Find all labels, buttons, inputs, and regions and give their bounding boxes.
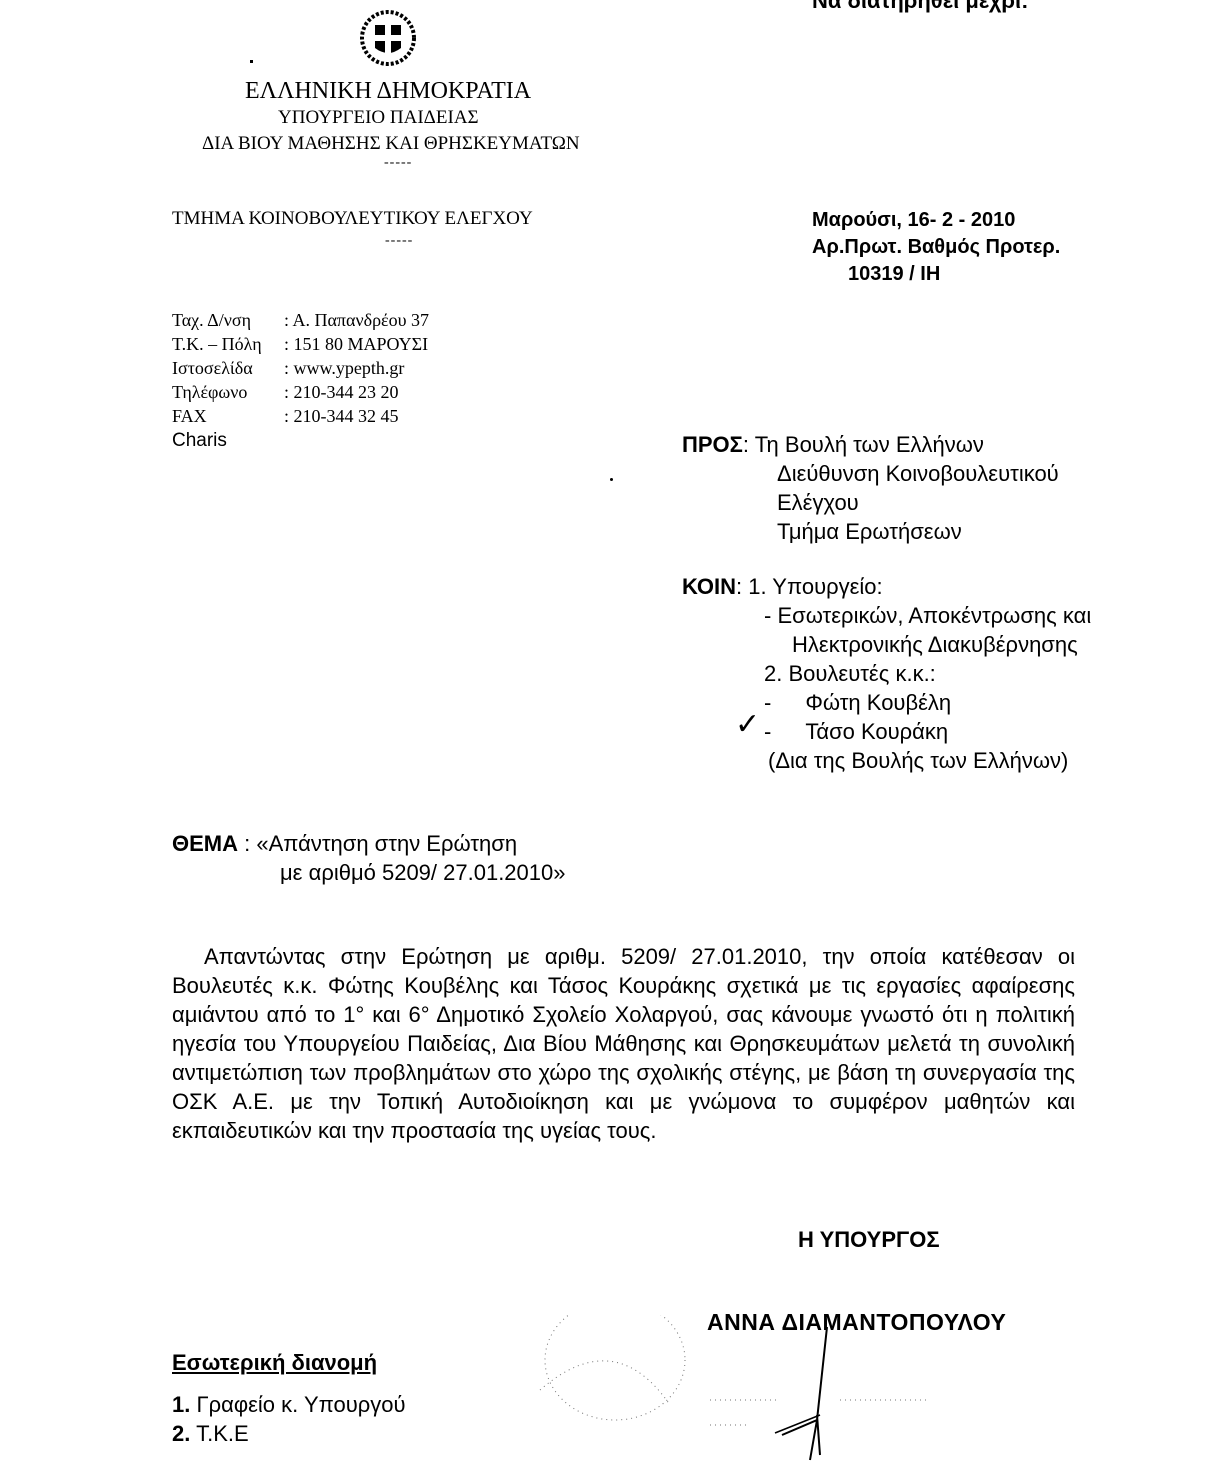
retention-note: Να διατηρηθεί μέχρι: [812, 0, 1028, 14]
greek-coat-of-arms-icon [358, 8, 418, 68]
recipients-label: ΠΡΟΣ [682, 432, 743, 457]
subject-label: ΘΕΜΑ [172, 831, 238, 856]
copies-label: ΚΟΙΝ [682, 574, 736, 599]
contact-label: Ιστοσελίδα [172, 356, 284, 380]
contact-value: : 151 80 ΜΑΡΟΥΣΙ [284, 332, 429, 356]
ministry-name: ΥΠΟΥΡΓΕΙΟ ΠΑΙΔΕΙΑΣ [278, 107, 479, 129]
contact-value: : 210-344 23 20 [284, 380, 429, 404]
recipient-line: : Τη Βουλή των Ελλήνων [743, 432, 984, 457]
copies-subitem: - Εσωτερικών, Αποκέντρωσης και [682, 601, 1091, 630]
contact-row: FAX: 210-344 32 45 [172, 404, 429, 428]
stamp-and-signature-icon [520, 1315, 940, 1462]
recipient-line: Διεύθυνση Κοινοβουλευτικού [682, 459, 1059, 488]
contact-row: Τ.Κ. – Πόλη: 151 80 ΜΑΡΟΥΣΙ [172, 332, 429, 356]
contact-row: Ταχ. Δ/νση: Α. Παπανδρέου 37 [172, 308, 429, 332]
department-name: ΤΜΗΜΑ ΚΟΙΝΟΒΟΥΛΕΥΤΙΚΟΥ ΕΛΕΓΧΟΥ [172, 208, 533, 230]
separator: ----- [384, 155, 412, 171]
copies-item: 2. Βουλευτές κ.κ.: [682, 659, 1091, 688]
distribution-list: 1. Γραφείο κ. Υπουργού 2. Τ.Κ.Ε [172, 1390, 406, 1448]
contact-value: : 210-344 32 45 [284, 404, 429, 428]
country-name: ΕΛΛΗΝΙΚΗ ΔΗΜΟΚΡΑΤΙΑ [245, 78, 531, 105]
signatory-title: Η ΥΠΟΥΡΓΟΣ [798, 1227, 940, 1253]
scan-speck [250, 60, 253, 63]
separator: ----- [385, 233, 413, 249]
subject-block: ΘΕΜΑ : «Απάντηση στην Ερώτηση με αριθμό … [172, 829, 565, 887]
subject-line: : «Απάντηση στην Ερώτηση [238, 831, 517, 856]
copies-note: (Δια της Βουλής των Ελλήνων) [682, 746, 1091, 775]
deputy-name: Φώτη Κουβέλη [771, 690, 951, 715]
contact-value: : www.ypepth.gr [284, 356, 429, 380]
body-paragraph: Απαντώντας στην Ερώτηση με αριθμ. 5209/ … [172, 942, 1075, 1145]
author-name: Charis [172, 430, 227, 452]
reference-block: Μαρούσι, 16- 2 - 2010 Αρ.Πρωτ. Βαθμός Πρ… [812, 207, 1060, 288]
contact-block: Ταχ. Δ/νση: Α. Παπανδρέου 37 Τ.Κ. – Πόλη… [172, 308, 429, 428]
distribution-title: Εσωτερική διανομή [172, 1350, 377, 1376]
recipient-line: Ελέγχου [682, 488, 1059, 517]
contact-label: Ταχ. Δ/νση [172, 308, 284, 332]
scan-speck [610, 478, 613, 481]
copies-block: ΚΟΙΝ: 1. Υπουργείο: - Εσωτερικών, Αποκέν… [682, 572, 1091, 775]
subject-line: με αριθμό 5209/ 27.01.2010» [172, 858, 565, 887]
copies-subitem: Ηλεκτρονικής Διακυβέρνησης [682, 630, 1091, 659]
distribution-item: 2. Τ.Κ.Ε [172, 1419, 406, 1448]
copies-item: : 1. Υπουργείο: [736, 574, 883, 599]
contact-value: : Α. Παπανδρέου 37 [284, 308, 429, 332]
place-date: Μαρούσι, 16- 2 - 2010 [812, 207, 1060, 234]
ministry-subtitle: ΔΙΑ ΒΙΟΥ ΜΑΘΗΣΗΣ ΚΑΙ ΘΡΗΣΚΕΥΜΑΤΩΝ [202, 133, 580, 155]
protocol-number: 10319 / ΙΗ [812, 261, 1060, 288]
contact-row: Ιστοσελίδα: www.ypepth.gr [172, 356, 429, 380]
contact-label: Τηλέφωνο [172, 380, 284, 404]
body-paragraph-block: Απαντώντας στην Ερώτηση με αριθμ. 5209/ … [172, 942, 1075, 1145]
recipient-line: Τμήμα Ερωτήσεων [682, 517, 1059, 546]
protocol-label: Αρ.Πρωτ. Βαθμός Προτερ. [812, 234, 1060, 261]
contact-label: FAX [172, 404, 284, 428]
checkmark-icon: ✓ [735, 707, 760, 742]
recipients-block: ΠΡΟΣ: Τη Βουλή των Ελλήνων Διεύθυνση Κοι… [682, 430, 1059, 546]
deputy-name: Τάσο Κουράκη [771, 719, 948, 744]
contact-label: Τ.Κ. – Πόλη [172, 332, 284, 356]
contact-row: Τηλέφωνο: 210-344 23 20 [172, 380, 429, 404]
distribution-item: 1. Γραφείο κ. Υπουργού [172, 1390, 406, 1419]
